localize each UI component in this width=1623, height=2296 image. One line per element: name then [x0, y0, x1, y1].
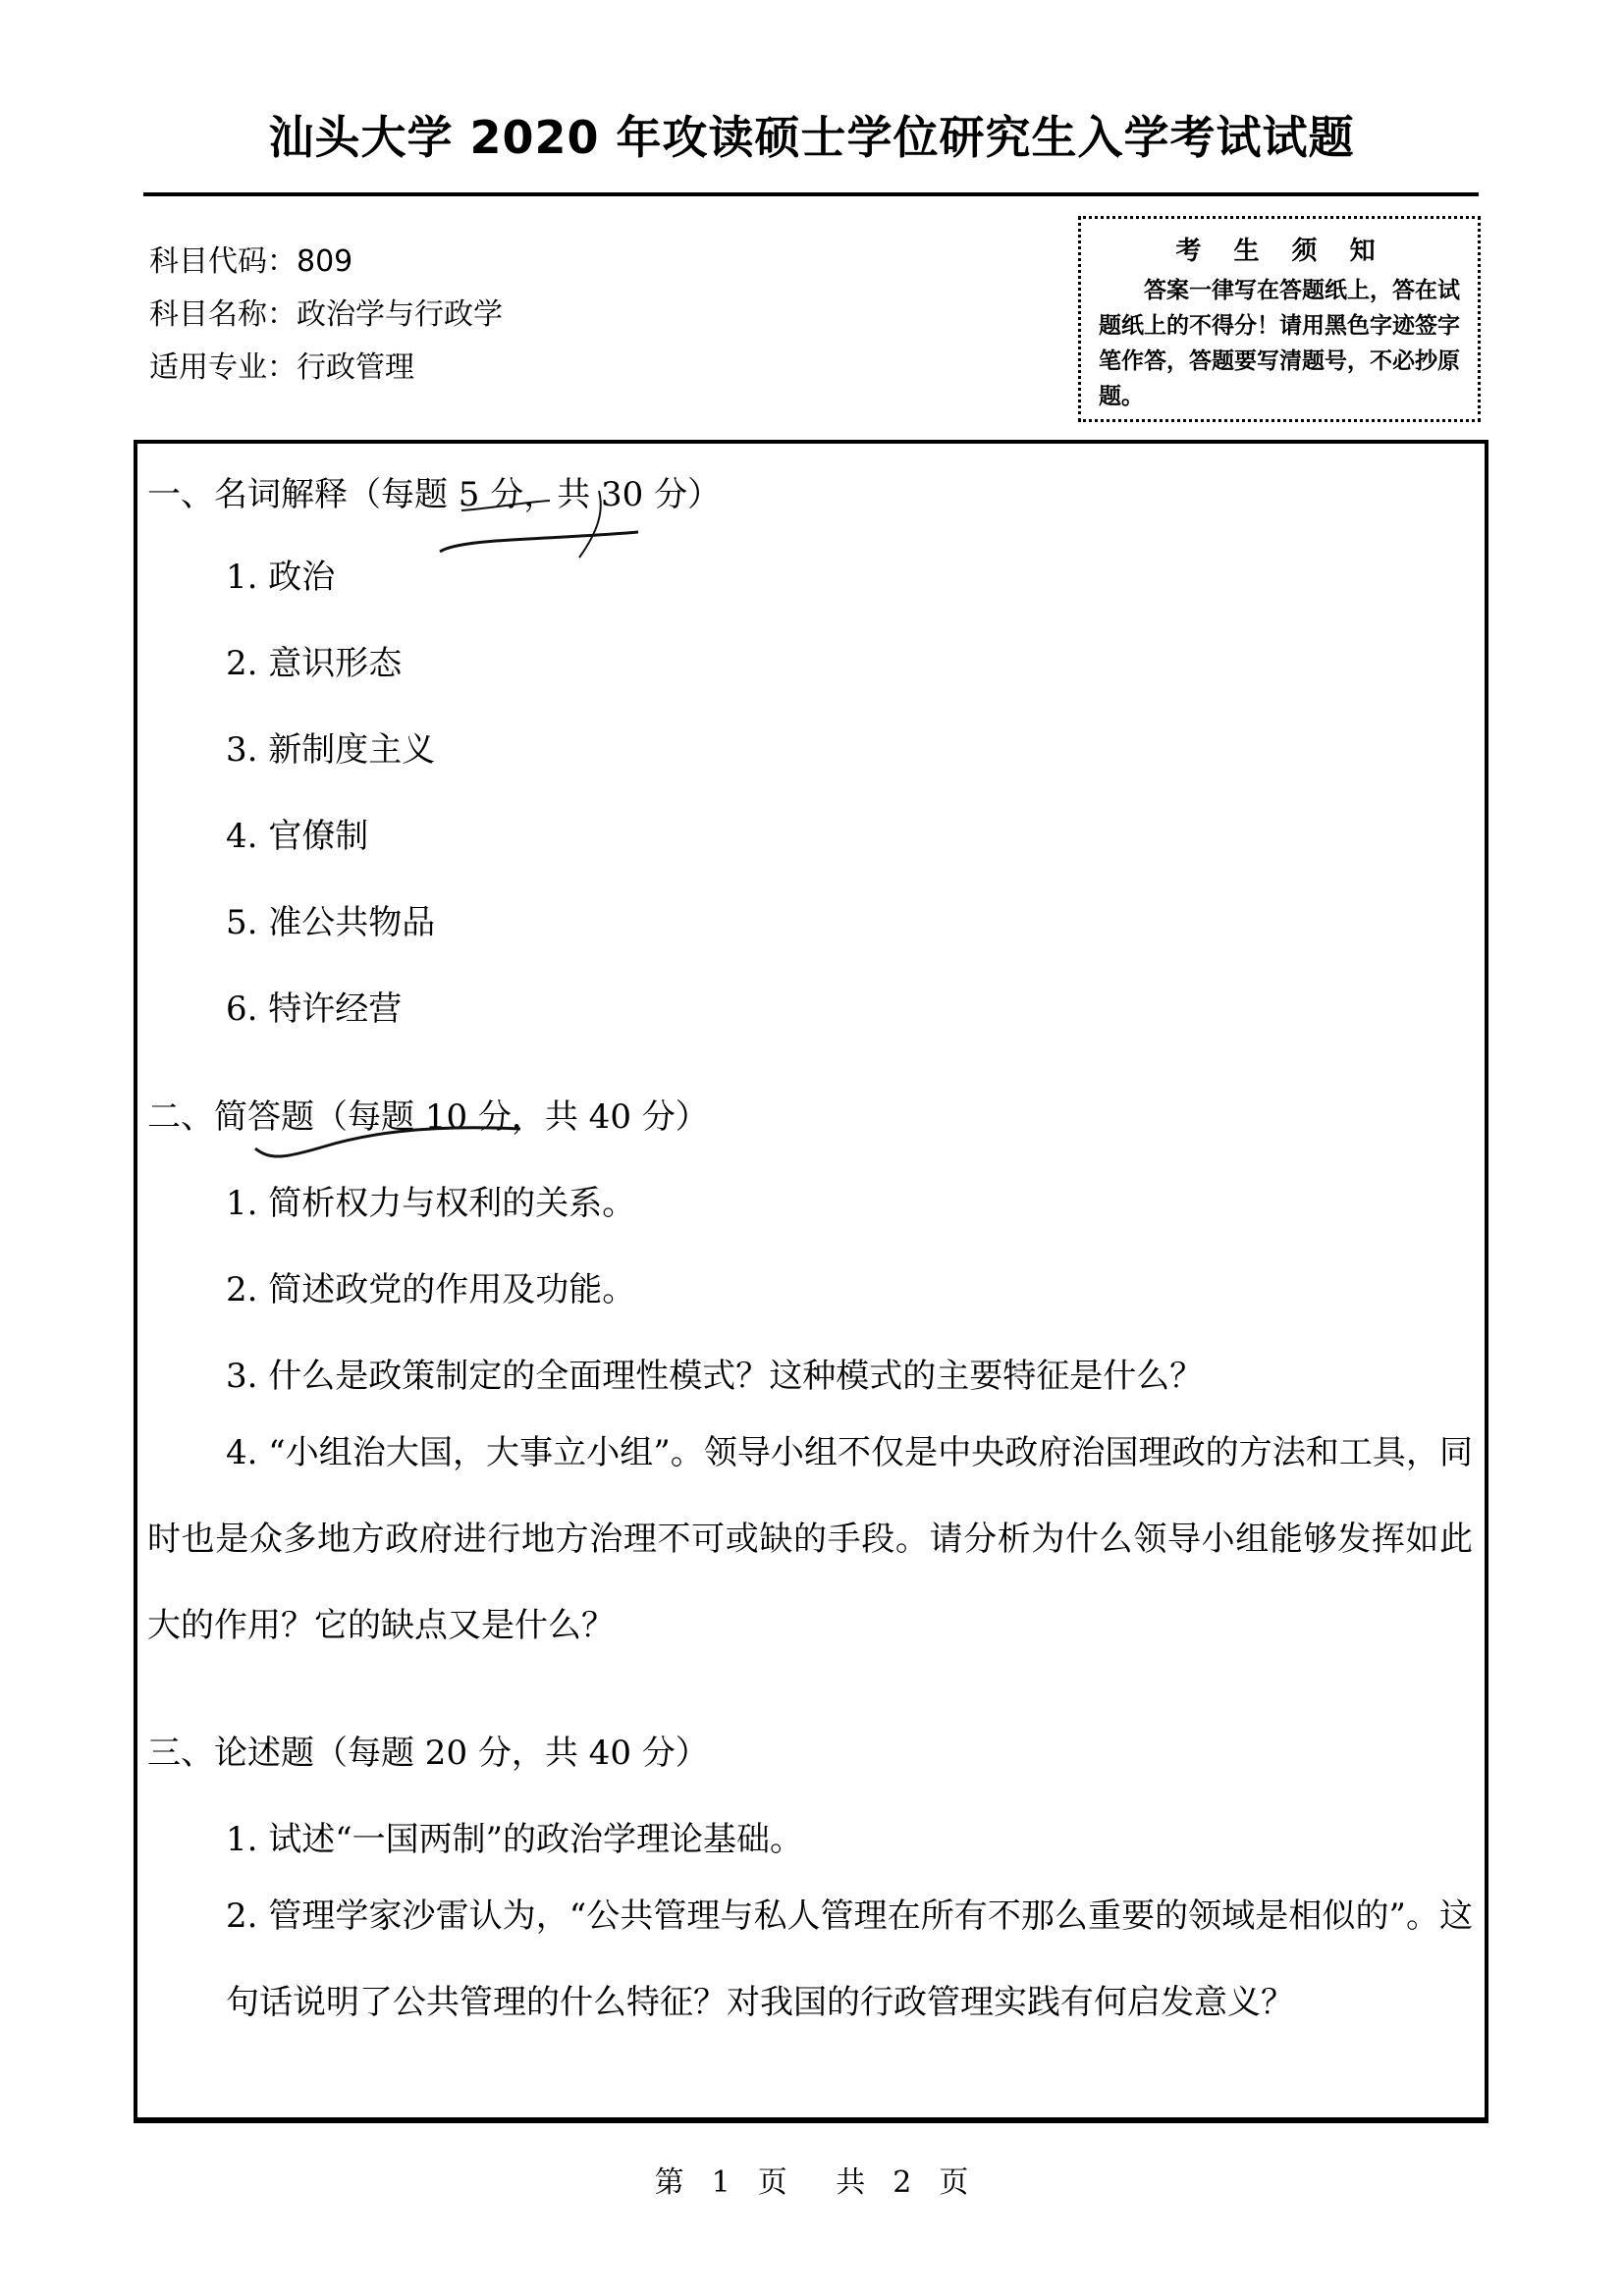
question-1-3: 3. 新制度主义	[226, 722, 435, 771]
page-unit: 页	[758, 2165, 787, 2200]
subject-code: 809	[297, 244, 352, 279]
major: 行政管理	[297, 350, 414, 385]
question-1-1: 1. 政治	[226, 550, 335, 598]
question-2-1: 1. 简析权力与权利的关系。	[226, 1176, 635, 1224]
question-2-3: 3. 什么是政策制定的全面理性模式？这种模式的主要特征是什么？	[226, 1349, 1203, 1397]
page-footer: 第1页 共2页	[0, 2158, 1623, 2201]
question-2-4: 4. “小组治大国，大事立小组”。领导小组不仅是中央政府治国理政的方法和工具，同…	[147, 1410, 1473, 1669]
candidate-notice-box: 考 生 须 知 答案一律写在答题纸上，答在试题纸上的不得分！请用黑色字迹签字笔作…	[1078, 216, 1481, 422]
question-1-5: 5. 准公共物品	[226, 895, 435, 943]
question-3-2: 2. 管理学家沙雷认为，“公共管理与私人管理在所有不那么重要的领域是相似的”。这…	[226, 1873, 1473, 2046]
question-1-6: 6. 特许经营	[226, 982, 402, 1030]
subject-name-label: 科目名称：	[149, 297, 297, 332]
question-2-2: 2. 简述政党的作用及功能。	[226, 1262, 635, 1310]
question-1-4: 4. 官僚制	[226, 809, 368, 857]
page-number: 1	[712, 2165, 730, 2200]
notice-title: 考 生 须 知	[1099, 231, 1464, 267]
section-heading-3: 三、论述题（每题 20 分，共 40 分）	[147, 1726, 709, 1774]
page-label: 第	[655, 2165, 684, 2200]
subject-code-label: 科目代码：	[149, 244, 297, 279]
major-label: 适用专业：	[149, 350, 297, 385]
major-row: 适用专业：行政管理	[149, 342, 503, 395]
title-divider	[143, 192, 1479, 196]
section-heading-1: 一、名词解释（每题 5 分，共 30 分）	[147, 467, 721, 515]
total-unit: 页	[939, 2165, 968, 2200]
subject-name-row: 科目名称：政治学与行政学	[149, 289, 503, 342]
exam-meta: 科目代码：809 科目名称：政治学与行政学 适用专业：行政管理	[149, 236, 503, 395]
total-label: 共	[836, 2165, 865, 2200]
question-3-1: 1. 试述“一国两制”的政治学理论基础。	[226, 1812, 803, 1860]
subject-code-row: 科目代码：809	[149, 236, 503, 289]
total-pages: 2	[893, 2165, 911, 2200]
section-heading-2: 二、简答题（每题 10 分，共 40 分）	[147, 1090, 709, 1138]
notice-body: 答案一律写在答题纸上，答在试题纸上的不得分！请用黑色字迹签字笔作答，答题要写清题…	[1099, 273, 1464, 414]
exam-title: 汕头大学 2020 年攻读硕士学位研究生入学考试试题	[0, 102, 1623, 167]
subject-name: 政治学与行政学	[297, 297, 503, 332]
question-1-2: 2. 意识形态	[226, 636, 402, 684]
